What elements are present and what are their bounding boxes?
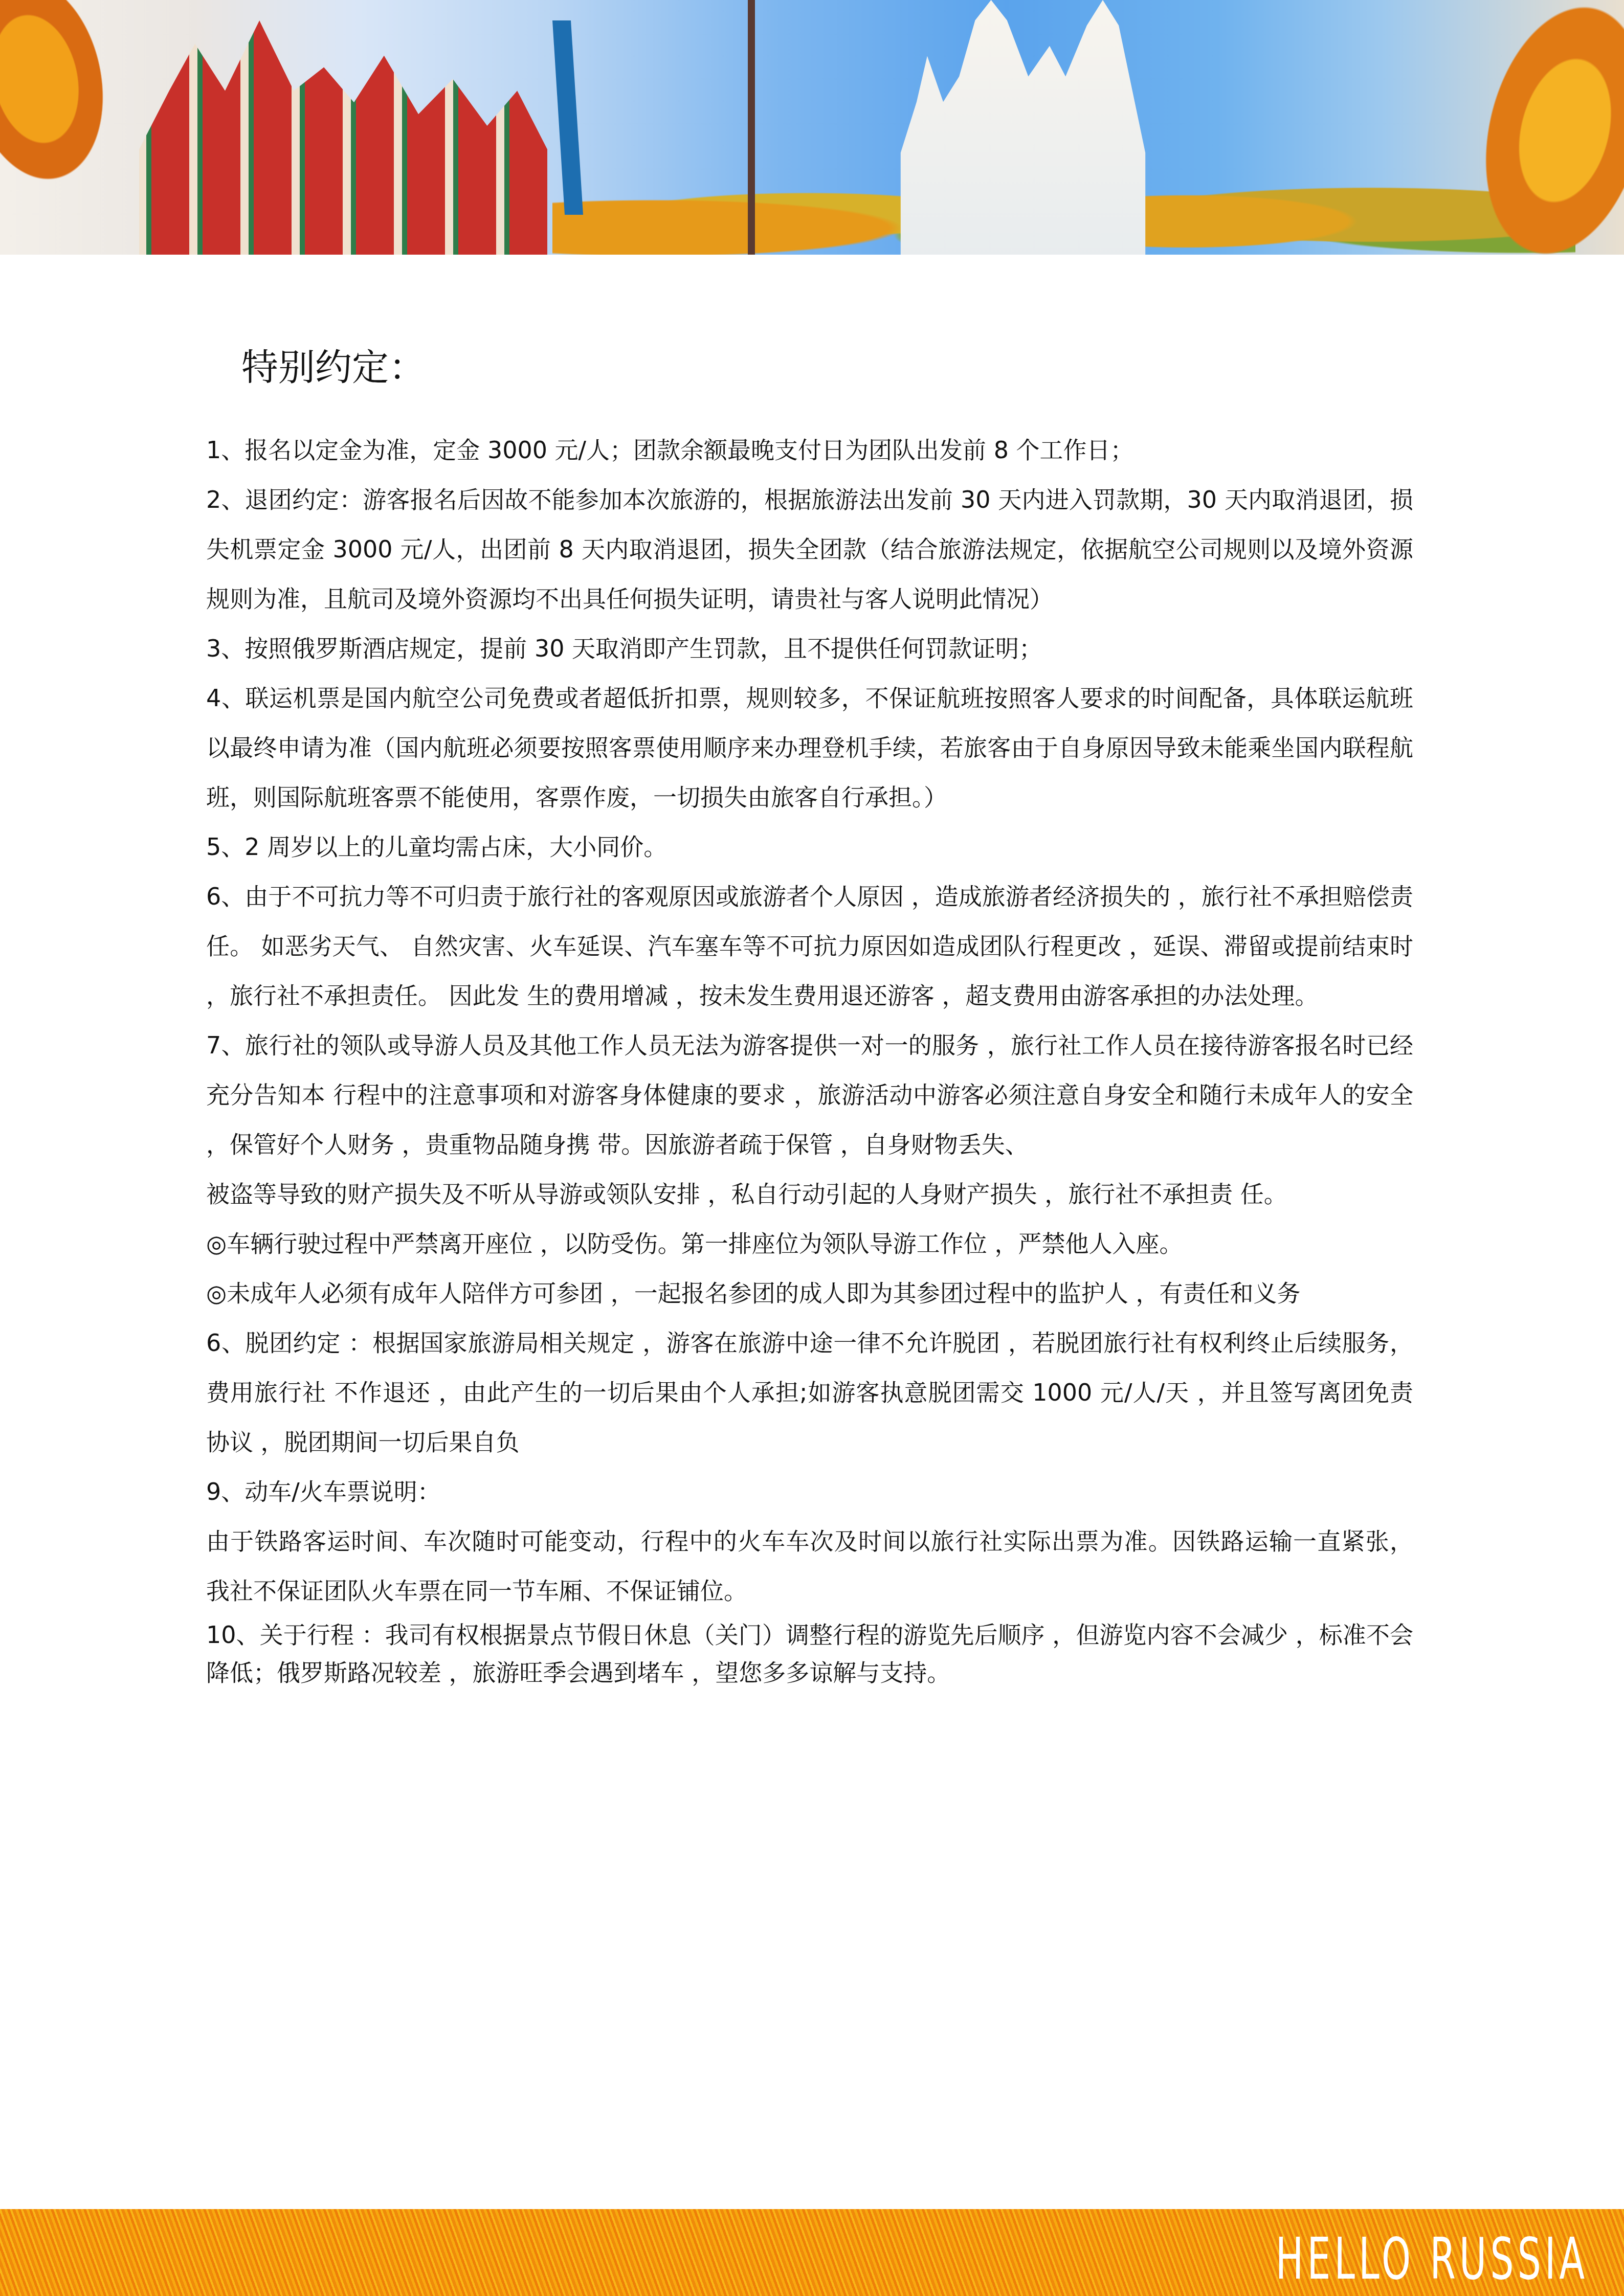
term-5-children: 5、2 周岁以上的儿童均需占床，大小同价。 xyxy=(206,822,1413,872)
header-banner xyxy=(0,0,1624,255)
term-6-force-majeure: 6、由于不可抗力等不可归责于旅行社的客观原因或旅游者个人原因 ，造成旅游者经济损… xyxy=(206,872,1413,1021)
note-vehicle-safety: ◎车辆行驶过程中严禁离开座位 ，以防受伤。第一排座位为领队导游工作位 ，严禁他人… xyxy=(206,1219,1413,1269)
term-9-train-body: 由于铁路客运时间、车次随时可能变动，行程中的火车车次及时间以旅行社实际出票为准。… xyxy=(206,1517,1413,1616)
term-10-itinerary: 10、关于行程 ：我司有权根据景点节假日休息（关门）调整行程的游览先后顺序 ，但… xyxy=(206,1616,1413,1692)
note-minors: ◎未成年人必须有成年人陪伴方可参团 ，一起报名参团的成人即为其参团过程中的监护人… xyxy=(206,1269,1413,1318)
term-leaving-group: 6、脱团约定 ：根据国家旅游局相关规定 ，游客在旅游中途一律不允许脱团 ，若脱团… xyxy=(206,1318,1413,1467)
term-3-hotel: 3、按照俄罗斯酒店规定，提前 30 天取消即产生罚款，且不提供任何罚款证明； xyxy=(206,624,1413,673)
term-2-cancellation: 2、退团约定：游客报名后因故不能参加本次旅游的，根据旅游法出发前 30 天内进入… xyxy=(206,475,1413,624)
term-1: 1、报名以定金为准，定金 3000 元/人；团款余额最晚支付日为团队出发前 8 … xyxy=(206,425,1413,475)
st-basils-cathedral-image xyxy=(118,20,547,255)
white-cathedral-image xyxy=(890,0,1156,255)
footer-bar: HELLO RUSSIA xyxy=(0,2209,1624,2296)
maple-leaves-left-icon xyxy=(0,0,144,216)
page-title: 特别约定： xyxy=(241,342,426,393)
footer-tagline: HELLO RUSSIA xyxy=(1275,2229,1588,2290)
term-7-continued: 被盗等导致的财产损失及不听从导游或领队安排 ，私自行动引起的人身财产损失 ，旅行… xyxy=(206,1169,1413,1219)
terms-body: 1、报名以定金为准，定金 3000 元/人；团款余额最晚支付日为团队出发前 8 … xyxy=(206,425,1413,1692)
lamp-post-image xyxy=(748,0,755,255)
term-7-staff-service: 7、旅行社的领队或导游人员及其他工作人员无法为游客提供一对一的服务 ，旅行社工作… xyxy=(206,1021,1413,1169)
term-9-train-title: 9、动车/火车票说明： xyxy=(206,1467,1413,1517)
term-4-connecting-flights: 4、联运机票是国内航空公司免费或者超低折扣票，规则较多，不保证航班按照客人要求的… xyxy=(206,673,1413,822)
